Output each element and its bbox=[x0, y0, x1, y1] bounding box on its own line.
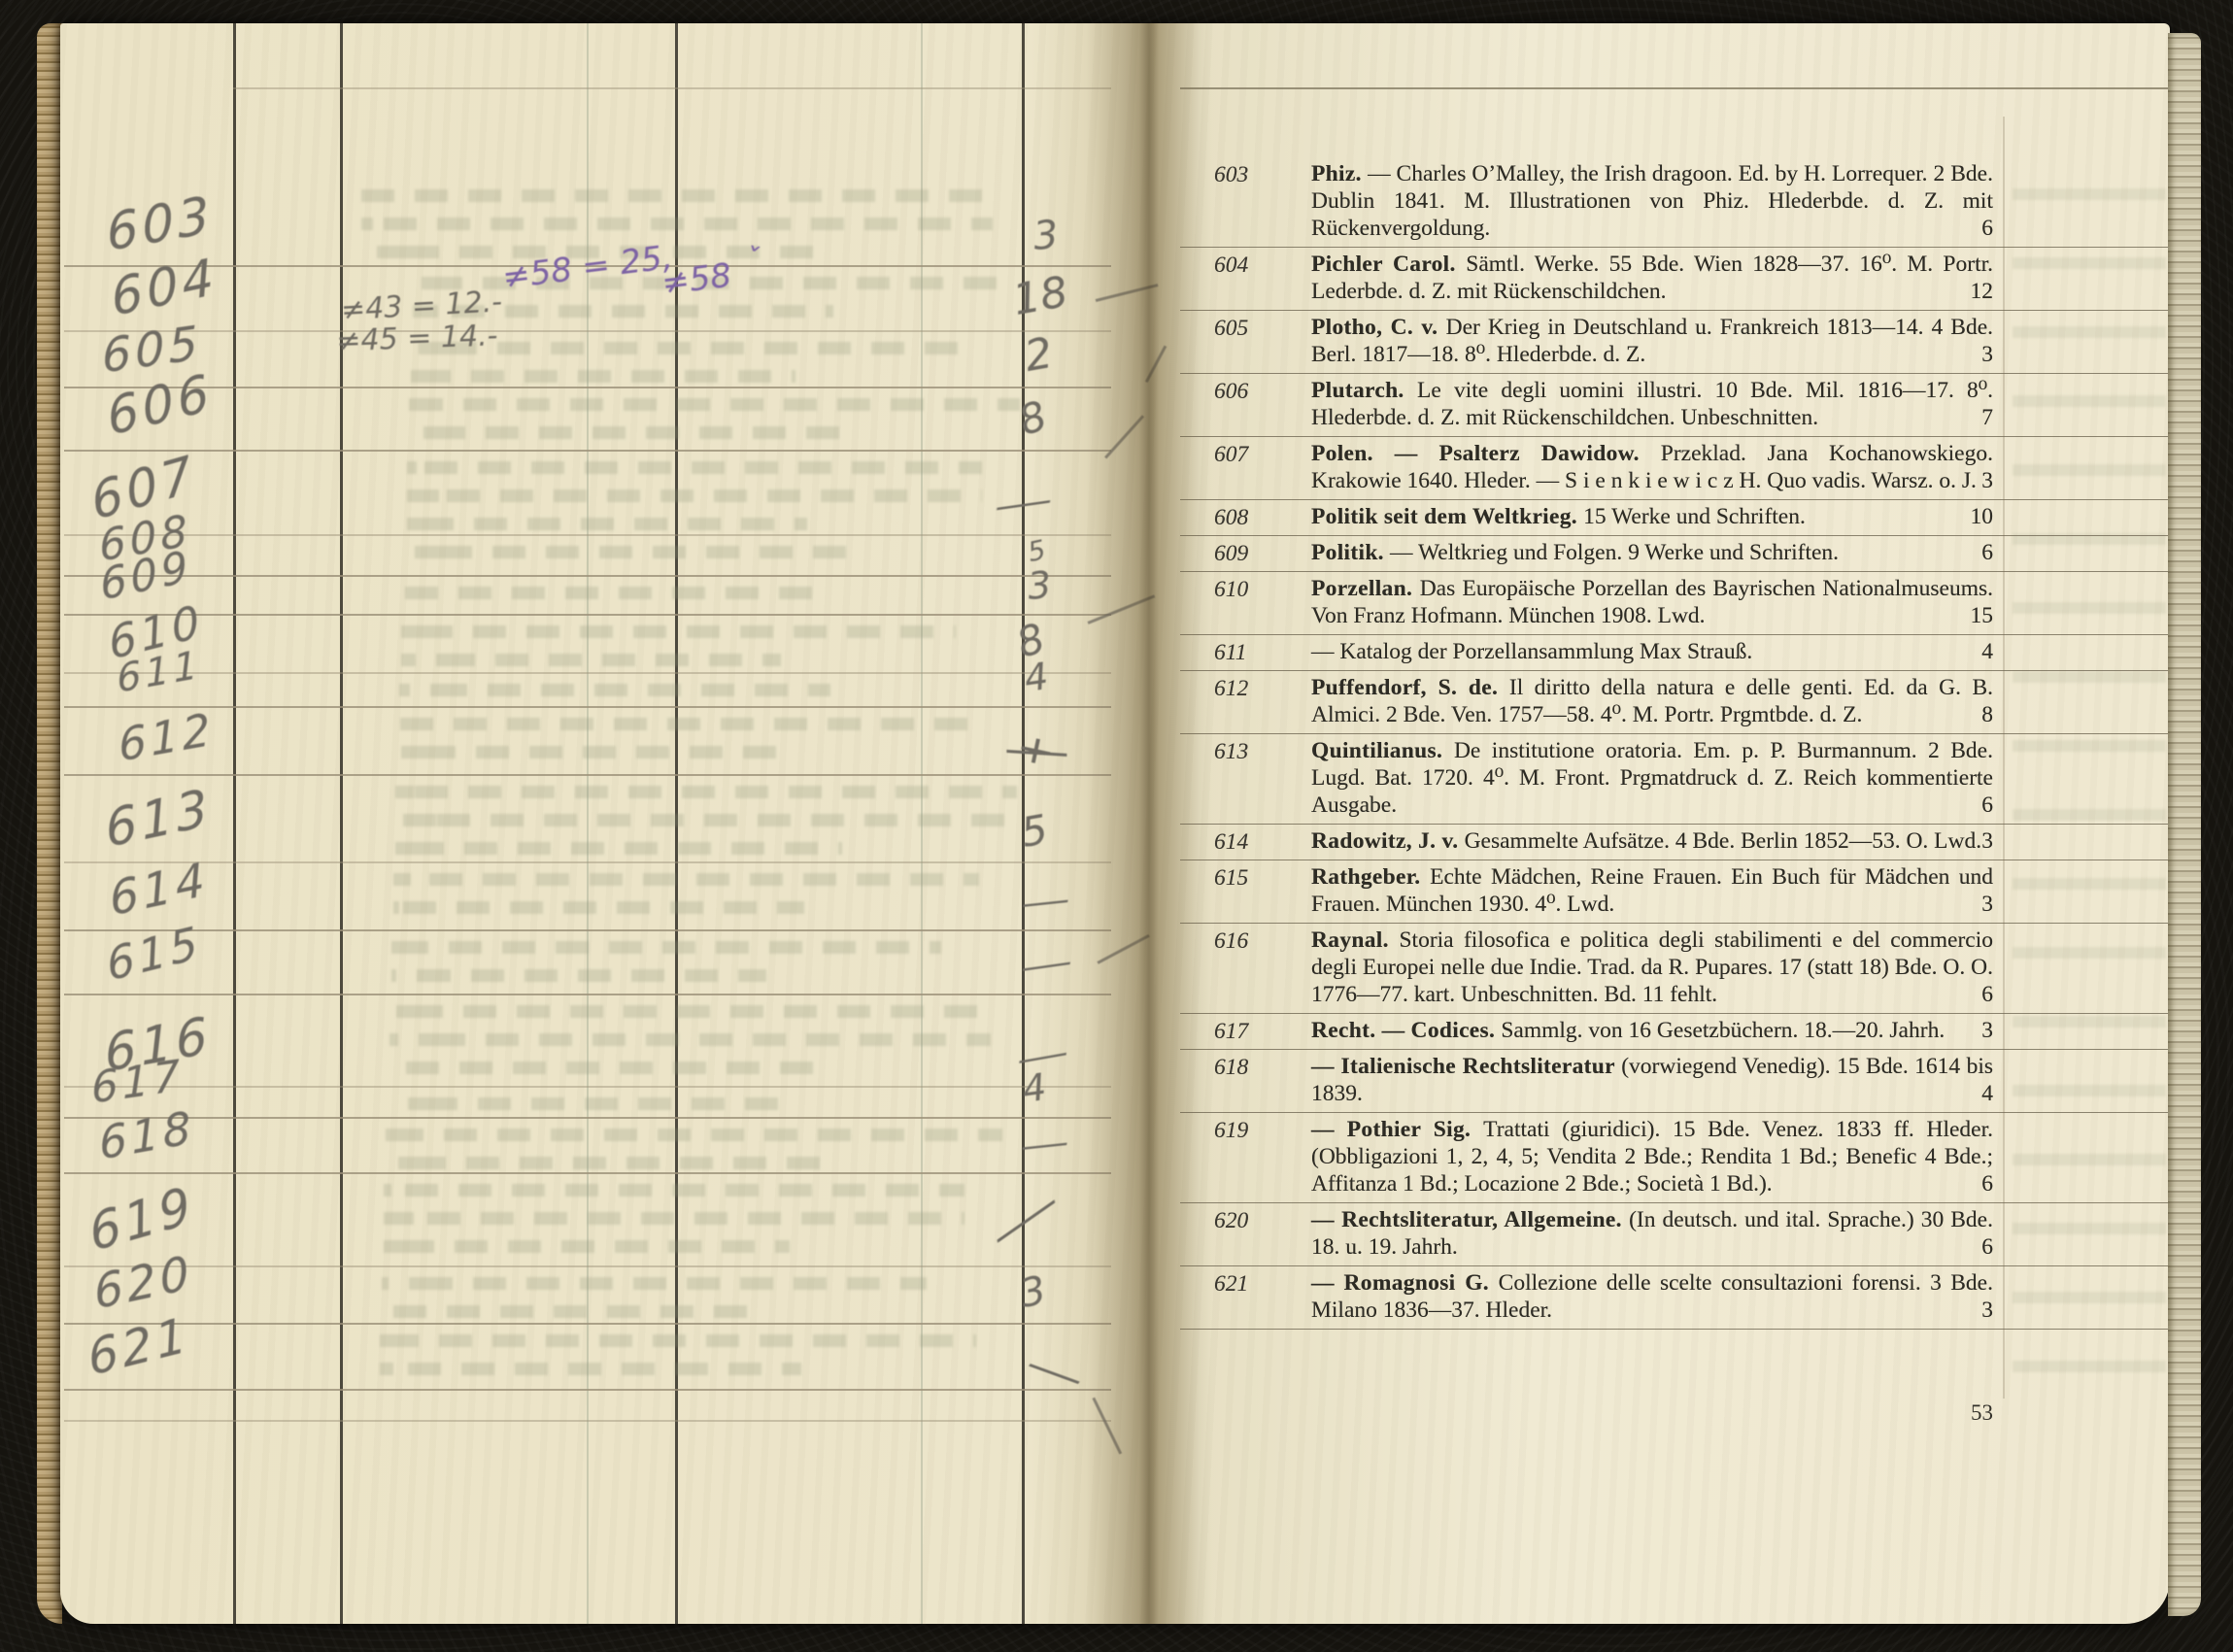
entry-text: — Romagnosi G. Collezione delle scelte c… bbox=[1311, 1270, 1993, 1323]
handwritten-tally-mark: — bbox=[1019, 880, 1072, 924]
catalog-entry-614: 614Radowitz, J. v. Gesammelte Aufsätze. … bbox=[1180, 825, 2168, 860]
left-page-extra-line bbox=[64, 1420, 1111, 1422]
offset-print-ghost-text bbox=[409, 426, 845, 439]
catalog-entry-621: 621— Romagnosi G. Collezione delle scelt… bbox=[1180, 1266, 2168, 1330]
left-page-ruled-line bbox=[64, 929, 1111, 931]
left-page-top-line bbox=[233, 87, 1111, 89]
entry-price: 10 bbox=[1971, 503, 1994, 530]
entry-lead: — Romagnosi G. bbox=[1311, 1270, 1499, 1296]
catalog-entry-620: 620— Rechtsliteratur, Allgemeine. (In de… bbox=[1180, 1203, 2168, 1266]
entry-lead: Plutarch. bbox=[1311, 378, 1417, 403]
left-page-ruled-line bbox=[64, 1086, 1111, 1088]
entry-number: 612 bbox=[1214, 675, 1248, 702]
offset-print-ghost-text bbox=[407, 461, 982, 474]
handwritten-tally-mark: — bbox=[1017, 942, 1074, 988]
entry-number: 619 bbox=[1214, 1117, 1248, 1144]
left-page-ruled-line bbox=[64, 774, 1111, 776]
offset-print-ghost-text bbox=[407, 518, 807, 530]
entry-number: 618 bbox=[1214, 1054, 1248, 1081]
entry-number: 604 bbox=[1214, 252, 1248, 279]
entry-number: 617 bbox=[1214, 1018, 1248, 1045]
handwritten-tally-mark: 3 bbox=[1026, 563, 1053, 608]
scanned-book-spread: 60336041860526068607—6085609361086114612… bbox=[0, 0, 2233, 1652]
catalog-entry-617: 617Recht. — Codices. Sammlg. von 16 Gese… bbox=[1180, 1014, 2168, 1050]
entry-price: 6 bbox=[1981, 215, 1993, 242]
entry-text: Politik. — Weltkrieg und Folgen. 9 Werke… bbox=[1311, 540, 1839, 565]
left-page-column-rule-1 bbox=[233, 23, 236, 1624]
offset-print-ghost-text bbox=[389, 1062, 816, 1074]
entry-text: Porzellan. Das Europäische Porzellan des… bbox=[1311, 576, 1993, 628]
entry-number: 610 bbox=[1214, 576, 1248, 603]
offset-print-ghost-text bbox=[409, 398, 1020, 411]
catalog-entry-608: 608Politik seit dem Weltkrieg. 15 Werke … bbox=[1180, 500, 2168, 536]
entry-lead: Pichler Carol. bbox=[1311, 252, 1466, 277]
left-page-ruled-line bbox=[64, 994, 1111, 995]
entry-price: 6 bbox=[1981, 1233, 1993, 1261]
entry-lead: Quintilianus. bbox=[1311, 738, 1454, 763]
left-page-ruled-line bbox=[64, 330, 1111, 332]
entry-price: 8 bbox=[1981, 701, 1993, 728]
catalog-entry-619: 619— Pothier Sig. Trattati (giuridici). … bbox=[1180, 1113, 2168, 1203]
catalog-entry-603: 603Phiz. — Charles O’Malley, the Irish d… bbox=[1180, 157, 2168, 248]
entry-text: Puffendorf, S. de. Il diritto della natu… bbox=[1311, 675, 1993, 727]
offset-print-ghost-text bbox=[391, 941, 941, 954]
entry-price: 3 bbox=[1981, 341, 1993, 368]
entry-price: 4 bbox=[1981, 1080, 1993, 1107]
entry-number: 605 bbox=[1214, 315, 1248, 342]
catalog-entry-615: 615Rathgeber. Echte Mädchen, Reine Fraue… bbox=[1180, 860, 2168, 924]
entry-lead: Politik seit dem Weltkrieg. bbox=[1311, 504, 1583, 529]
entry-text: — Pothier Sig. Trattati (giuridici). 15 … bbox=[1311, 1117, 1993, 1197]
entry-price: 12 bbox=[1971, 278, 1994, 305]
offset-print-ghost-text bbox=[405, 546, 857, 558]
offset-print-ghost-text bbox=[384, 1240, 790, 1253]
entry-number: 608 bbox=[1214, 504, 1248, 531]
handwritten-tally-mark: — bbox=[991, 480, 1055, 527]
catalog-entry-613: 613Quintilianus. De institutione oratori… bbox=[1180, 734, 2168, 825]
entry-lead: — Pothier Sig. bbox=[1311, 1117, 1483, 1142]
entry-text: Raynal. Storia filosofica e politica deg… bbox=[1311, 927, 1993, 1007]
right-page-top-rule bbox=[1180, 87, 2168, 89]
entry-price: 7 bbox=[1981, 404, 1993, 431]
handwritten-tally-mark: — bbox=[1018, 1123, 1071, 1166]
handwritten-tally-mark: 18 bbox=[1009, 267, 1071, 325]
offset-print-ghost-text bbox=[397, 718, 967, 730]
offset-print-ghost-text bbox=[391, 969, 766, 982]
entry-price: 3 bbox=[1981, 1297, 1993, 1324]
catalog-entry-607: 607Polen. — Psalterz Dawidow. Przeklad. … bbox=[1180, 437, 2168, 500]
offset-print-ghost-text bbox=[401, 625, 956, 638]
offset-print-ghost-text bbox=[380, 1334, 976, 1347]
offset-print-ghost-text bbox=[388, 1097, 778, 1110]
entry-number: 616 bbox=[1214, 927, 1248, 955]
entry-text: Pichler Carol. Sämtl. Werke. 55 Bde. Wie… bbox=[1311, 252, 1993, 304]
book-fore-edge-right bbox=[2168, 33, 2201, 1616]
offset-print-ghost-text bbox=[395, 786, 1017, 798]
book-fore-edge-left bbox=[37, 23, 62, 1624]
offset-print-ghost-text bbox=[403, 587, 819, 599]
left-page-ruled-line bbox=[64, 1265, 1111, 1267]
entry-text: — Rechtsliteratur, Allgemeine. (In deuts… bbox=[1311, 1207, 1993, 1260]
offset-print-ghost-text bbox=[384, 1212, 964, 1225]
catalog-entry-604: 604Pichler Carol. Sämtl. Werke. 55 Bde. … bbox=[1180, 248, 2168, 311]
offset-print-ghost-text bbox=[393, 901, 804, 914]
left-page-ruled-line bbox=[64, 450, 1111, 452]
left-page-ruled-line bbox=[64, 1172, 1111, 1174]
entry-price: 3 bbox=[1981, 891, 1993, 918]
offset-print-ghost-text bbox=[399, 684, 830, 696]
entry-price: 6 bbox=[1981, 792, 1993, 819]
entry-price: 6 bbox=[1981, 1170, 1993, 1197]
entry-lead: Politik. bbox=[1311, 540, 1390, 565]
catalog-entry-610: 610Porzellan. Das Europäische Porzellan … bbox=[1180, 572, 2168, 635]
offset-print-ghost-text bbox=[401, 654, 781, 666]
offset-print-ghost-text bbox=[386, 1129, 1002, 1141]
entry-number: 614 bbox=[1214, 828, 1248, 856]
offset-print-ghost-text bbox=[395, 814, 1017, 826]
entry-lead: Recht. — Codices. bbox=[1311, 1018, 1501, 1043]
entry-text: Quintilianus. De institutione oratoria. … bbox=[1311, 738, 1993, 818]
offset-print-ghost-text bbox=[380, 1363, 801, 1375]
right-page-entry-list: 603Phiz. — Charles O’Malley, the Irish d… bbox=[1180, 157, 2168, 1330]
entry-text: — Katalog der Porzellansammlung Max Stra… bbox=[1311, 639, 1752, 664]
entry-number: 607 bbox=[1214, 441, 1248, 468]
entry-text: Phiz. — Charles O’Malley, the Irish drag… bbox=[1311, 161, 1993, 241]
entry-text: Plutarch. Le vite degli uomini illustri.… bbox=[1311, 378, 1993, 430]
catalog-entry-611: 611— Katalog der Porzellansammlung Max S… bbox=[1180, 635, 2168, 671]
entry-number: 606 bbox=[1214, 378, 1248, 405]
entry-text: Plotho, C. v. Der Krieg in Deutschland u… bbox=[1311, 315, 1993, 367]
offset-print-ghost-text bbox=[386, 1157, 828, 1169]
offset-print-ghost-text bbox=[382, 1305, 752, 1318]
entry-price: 6 bbox=[1981, 981, 1993, 1008]
entry-number: 620 bbox=[1214, 1207, 1248, 1234]
offset-print-ghost-text bbox=[407, 489, 982, 502]
handwritten-tally-mark: 3 bbox=[1032, 213, 1060, 259]
entry-text: Radowitz, J. v. Gesammelte Aufsätze. 4 B… bbox=[1311, 828, 1981, 854]
catalog-entry-606: 606Plutarch. Le vite degli uomini illust… bbox=[1180, 374, 2168, 437]
entry-lead: Plotho, C. v. bbox=[1311, 315, 1446, 340]
entry-lead: Raynal. bbox=[1311, 927, 1399, 953]
left-page-ruled-line bbox=[64, 706, 1111, 708]
entry-price: 3 bbox=[1981, 827, 1993, 855]
entry-text: Polen. — Psalterz Dawidow. Przeklad. Jan… bbox=[1311, 441, 1993, 493]
entry-lead: Radowitz, J. v. bbox=[1311, 828, 1465, 854]
entry-number: 613 bbox=[1214, 738, 1248, 765]
catalog-entry-609: 609Politik. — Weltkrieg und Folgen. 9 We… bbox=[1180, 536, 2168, 572]
entry-lead: Phiz. bbox=[1311, 161, 1368, 186]
catalog-entry-616: 616Raynal. Storia filosofica e politica … bbox=[1180, 924, 2168, 1014]
entry-price: 15 bbox=[1971, 602, 1994, 629]
entry-lead: Porzellan. bbox=[1311, 576, 1420, 601]
left-page-column-rule-2 bbox=[340, 23, 343, 1624]
offset-print-ghost-text bbox=[395, 842, 842, 855]
left-page-ruled-line bbox=[64, 614, 1111, 616]
page-number: 53 bbox=[1180, 1400, 1993, 1426]
left-page-ruled-line bbox=[64, 672, 1111, 674]
catalog-entry-612: 612Puffendorf, S. de. Il diritto della n… bbox=[1180, 671, 2168, 734]
left-page-ruled-line bbox=[64, 1323, 1111, 1325]
entry-price: 3 bbox=[1981, 467, 1993, 494]
offset-print-ghost-text bbox=[361, 218, 993, 230]
gutter-shadow bbox=[1086, 23, 1212, 1624]
entry-lead: Puffendorf, S. de. bbox=[1311, 675, 1509, 700]
offset-print-ghost-text bbox=[361, 189, 993, 202]
entry-lead: Rathgeber. bbox=[1311, 864, 1430, 890]
left-page-ruled-line bbox=[64, 861, 1111, 863]
offset-print-ghost-text bbox=[389, 1033, 991, 1046]
entry-lead: — Rechtsliteratur, Allgemeine. bbox=[1311, 1207, 1629, 1232]
left-page-ruled-line bbox=[64, 534, 1111, 536]
entry-lead: — Italienische Rechtsliteratur bbox=[1311, 1054, 1621, 1079]
entry-number: 609 bbox=[1214, 540, 1248, 567]
offset-print-ghost-text bbox=[397, 746, 793, 759]
entry-price: 3 bbox=[1981, 1017, 1993, 1044]
entry-number: 603 bbox=[1214, 161, 1248, 188]
entry-number: 615 bbox=[1214, 864, 1248, 892]
left-page-ruled-line bbox=[64, 387, 1111, 388]
offset-print-ghost-text bbox=[389, 1005, 991, 1018]
offset-print-ghost-text bbox=[393, 873, 979, 886]
left-page-ruled-line bbox=[64, 1117, 1111, 1119]
entry-price: 4 bbox=[1981, 638, 1993, 665]
entry-text: Recht. — Codices. Sammlg. von 16 Gesetzb… bbox=[1311, 1018, 1945, 1043]
catalog-entry-605: 605Plotho, C. v. Der Krieg in Deutschlan… bbox=[1180, 311, 2168, 374]
offset-print-ghost-text bbox=[411, 370, 795, 383]
entry-text: Rathgeber. Echte Mädchen, Reine Frauen. … bbox=[1311, 864, 1993, 917]
offset-print-ghost-text bbox=[382, 1277, 927, 1290]
left-page-ruled-line bbox=[64, 575, 1111, 577]
catalog-entry-618: 618— Italienische Rechtsliteratur (vorwi… bbox=[1180, 1050, 2168, 1113]
entry-price: 6 bbox=[1981, 539, 1993, 566]
entry-text: Politik seit dem Weltkrieg. 15 Werke und… bbox=[1311, 504, 1806, 529]
left-page-ruled-line bbox=[64, 1389, 1111, 1391]
entry-text: — Italienische Rechtsliteratur (vorwiege… bbox=[1311, 1054, 1993, 1106]
entry-number: 621 bbox=[1214, 1270, 1248, 1298]
entry-lead: Polen. — Psalterz Dawidow. bbox=[1311, 441, 1661, 466]
pencil-annotation-2: ≠45 = 14.- bbox=[336, 319, 498, 358]
offset-print-ghost-text bbox=[384, 1184, 964, 1197]
entry-number: 611 bbox=[1214, 639, 1247, 666]
